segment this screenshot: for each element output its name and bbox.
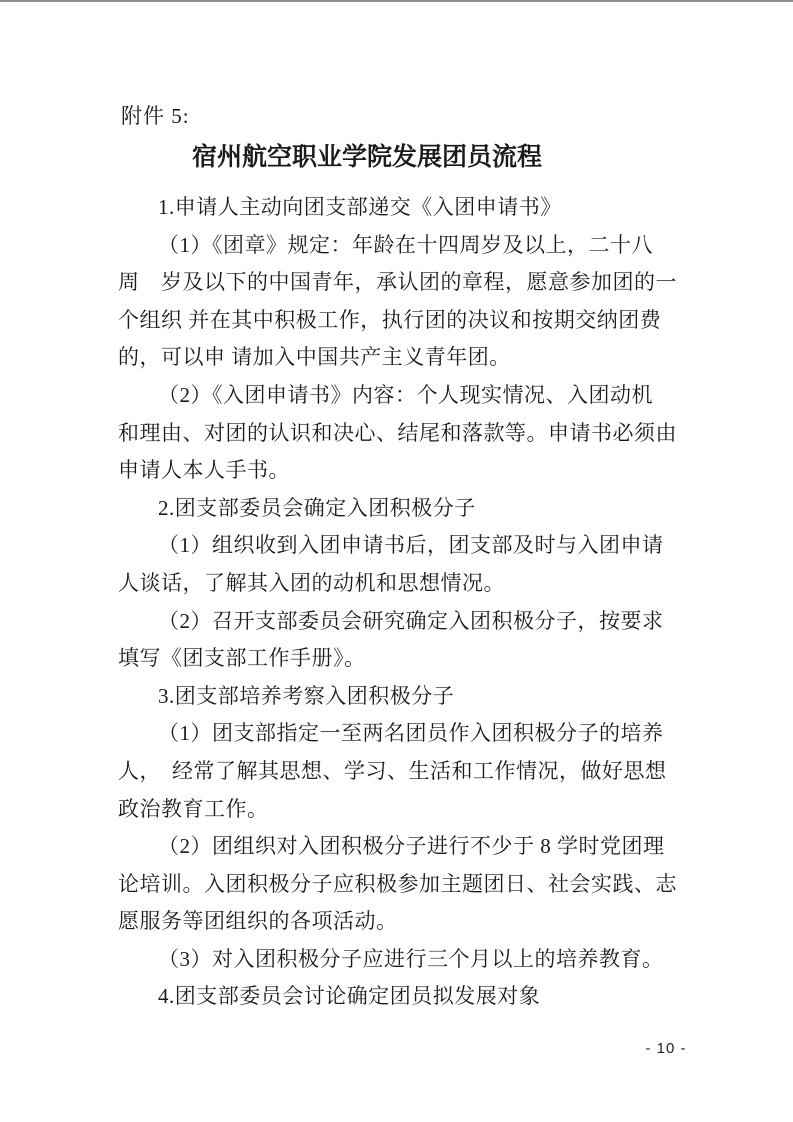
page-top-border [0,0,793,2]
page-number: - 10 - [616,1040,716,1057]
text-line: （3）对入团积极分子应进行三个月以上的培养教育。 [118,941,680,979]
document-body: 1.申请人主动向团支部递交《入团申请书》（1）《团章》规定：年龄在十四周岁及以上… [118,189,680,1016]
text-line: （2）《入团申请书》内容：个人现实情况、入团动机 [118,377,680,415]
text-line: 论培训。入团积极分子应积极参加主题团日、社会实践、志 [118,866,680,904]
text-line: 1.申请人主动向团支部递交《入团申请书》 [118,189,680,227]
text-line: 3.团支部培养考察入团积极分子 [118,678,680,716]
text-line: 政治教育工作。 [118,791,680,829]
text-line: 人谈话，了解其入团的动机和思想情况。 [118,565,680,603]
document-title: 宿州航空职业学院发展团员流程 [118,143,616,173]
text-line: （2）团组织对入团积极分子进行不少于 8 学时党团理 [118,828,680,866]
text-line: （2）召开支部委员会研究确定入团积极分子，按要求 [118,603,680,641]
text-line: 个组织 并在其中积极工作，执行团的决议和按期交纳团费 [118,302,680,340]
text-line: 和理由、对团的认识和决心、结尾和落款等。申请书必须由 [118,415,680,453]
text-line: （1）组织收到入团申请书后，团支部及时与入团申请 [118,527,680,565]
text-line: 周 岁及以下的中国青年，承认团的章程，愿意参加团的一 [118,264,680,302]
text-line: 2.团支部委员会确定入团积极分子 [118,490,680,528]
text-line: 的，可以申 请加入中国共产主义青年团。 [118,339,680,377]
document-page: 附件 5: 宿州航空职业学院发展团员流程 1.申请人主动向团支部递交《入团申请书… [0,0,793,1122]
text-line: 人， 经常了解其思想、学习、生活和工作情况，做好思想 [118,753,680,791]
text-line: （1）团支部指定一至两名团员作入团积极分子的培养 [118,715,680,753]
attachment-label: 附件 5: [121,104,190,128]
text-line: 愿服务等团组织的各项活动。 [118,903,680,941]
text-line: 申请人本人手书。 [118,452,680,490]
text-line: （1）《团章》规定：年龄在十四周岁及以上，二十八 [118,227,680,265]
text-line: 4.团支部委员会讨论确定团员拟发展对象 [118,978,680,1016]
text-line: 填写《团支部工作手册》。 [118,640,680,678]
